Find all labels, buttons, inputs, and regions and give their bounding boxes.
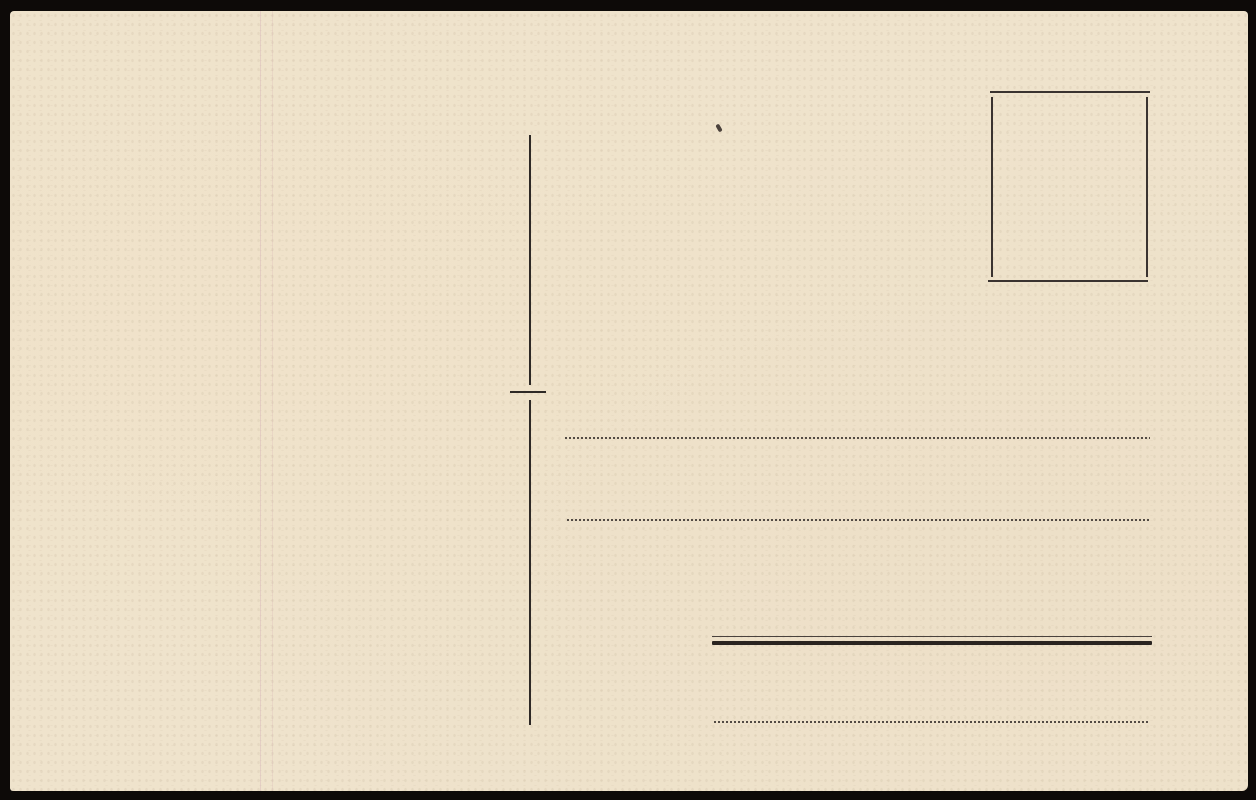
- address-line-4: [713, 721, 1150, 723]
- center-divider-crossbar: [510, 391, 546, 393]
- postcard-back: [10, 11, 1248, 791]
- message-area: [30, 31, 510, 771]
- center-divider-lower: [529, 400, 531, 725]
- center-divider-upper: [529, 135, 531, 385]
- stamp-box: [990, 91, 1148, 282]
- address-line-1: [564, 437, 1150, 439]
- address-line-2: [566, 519, 1150, 521]
